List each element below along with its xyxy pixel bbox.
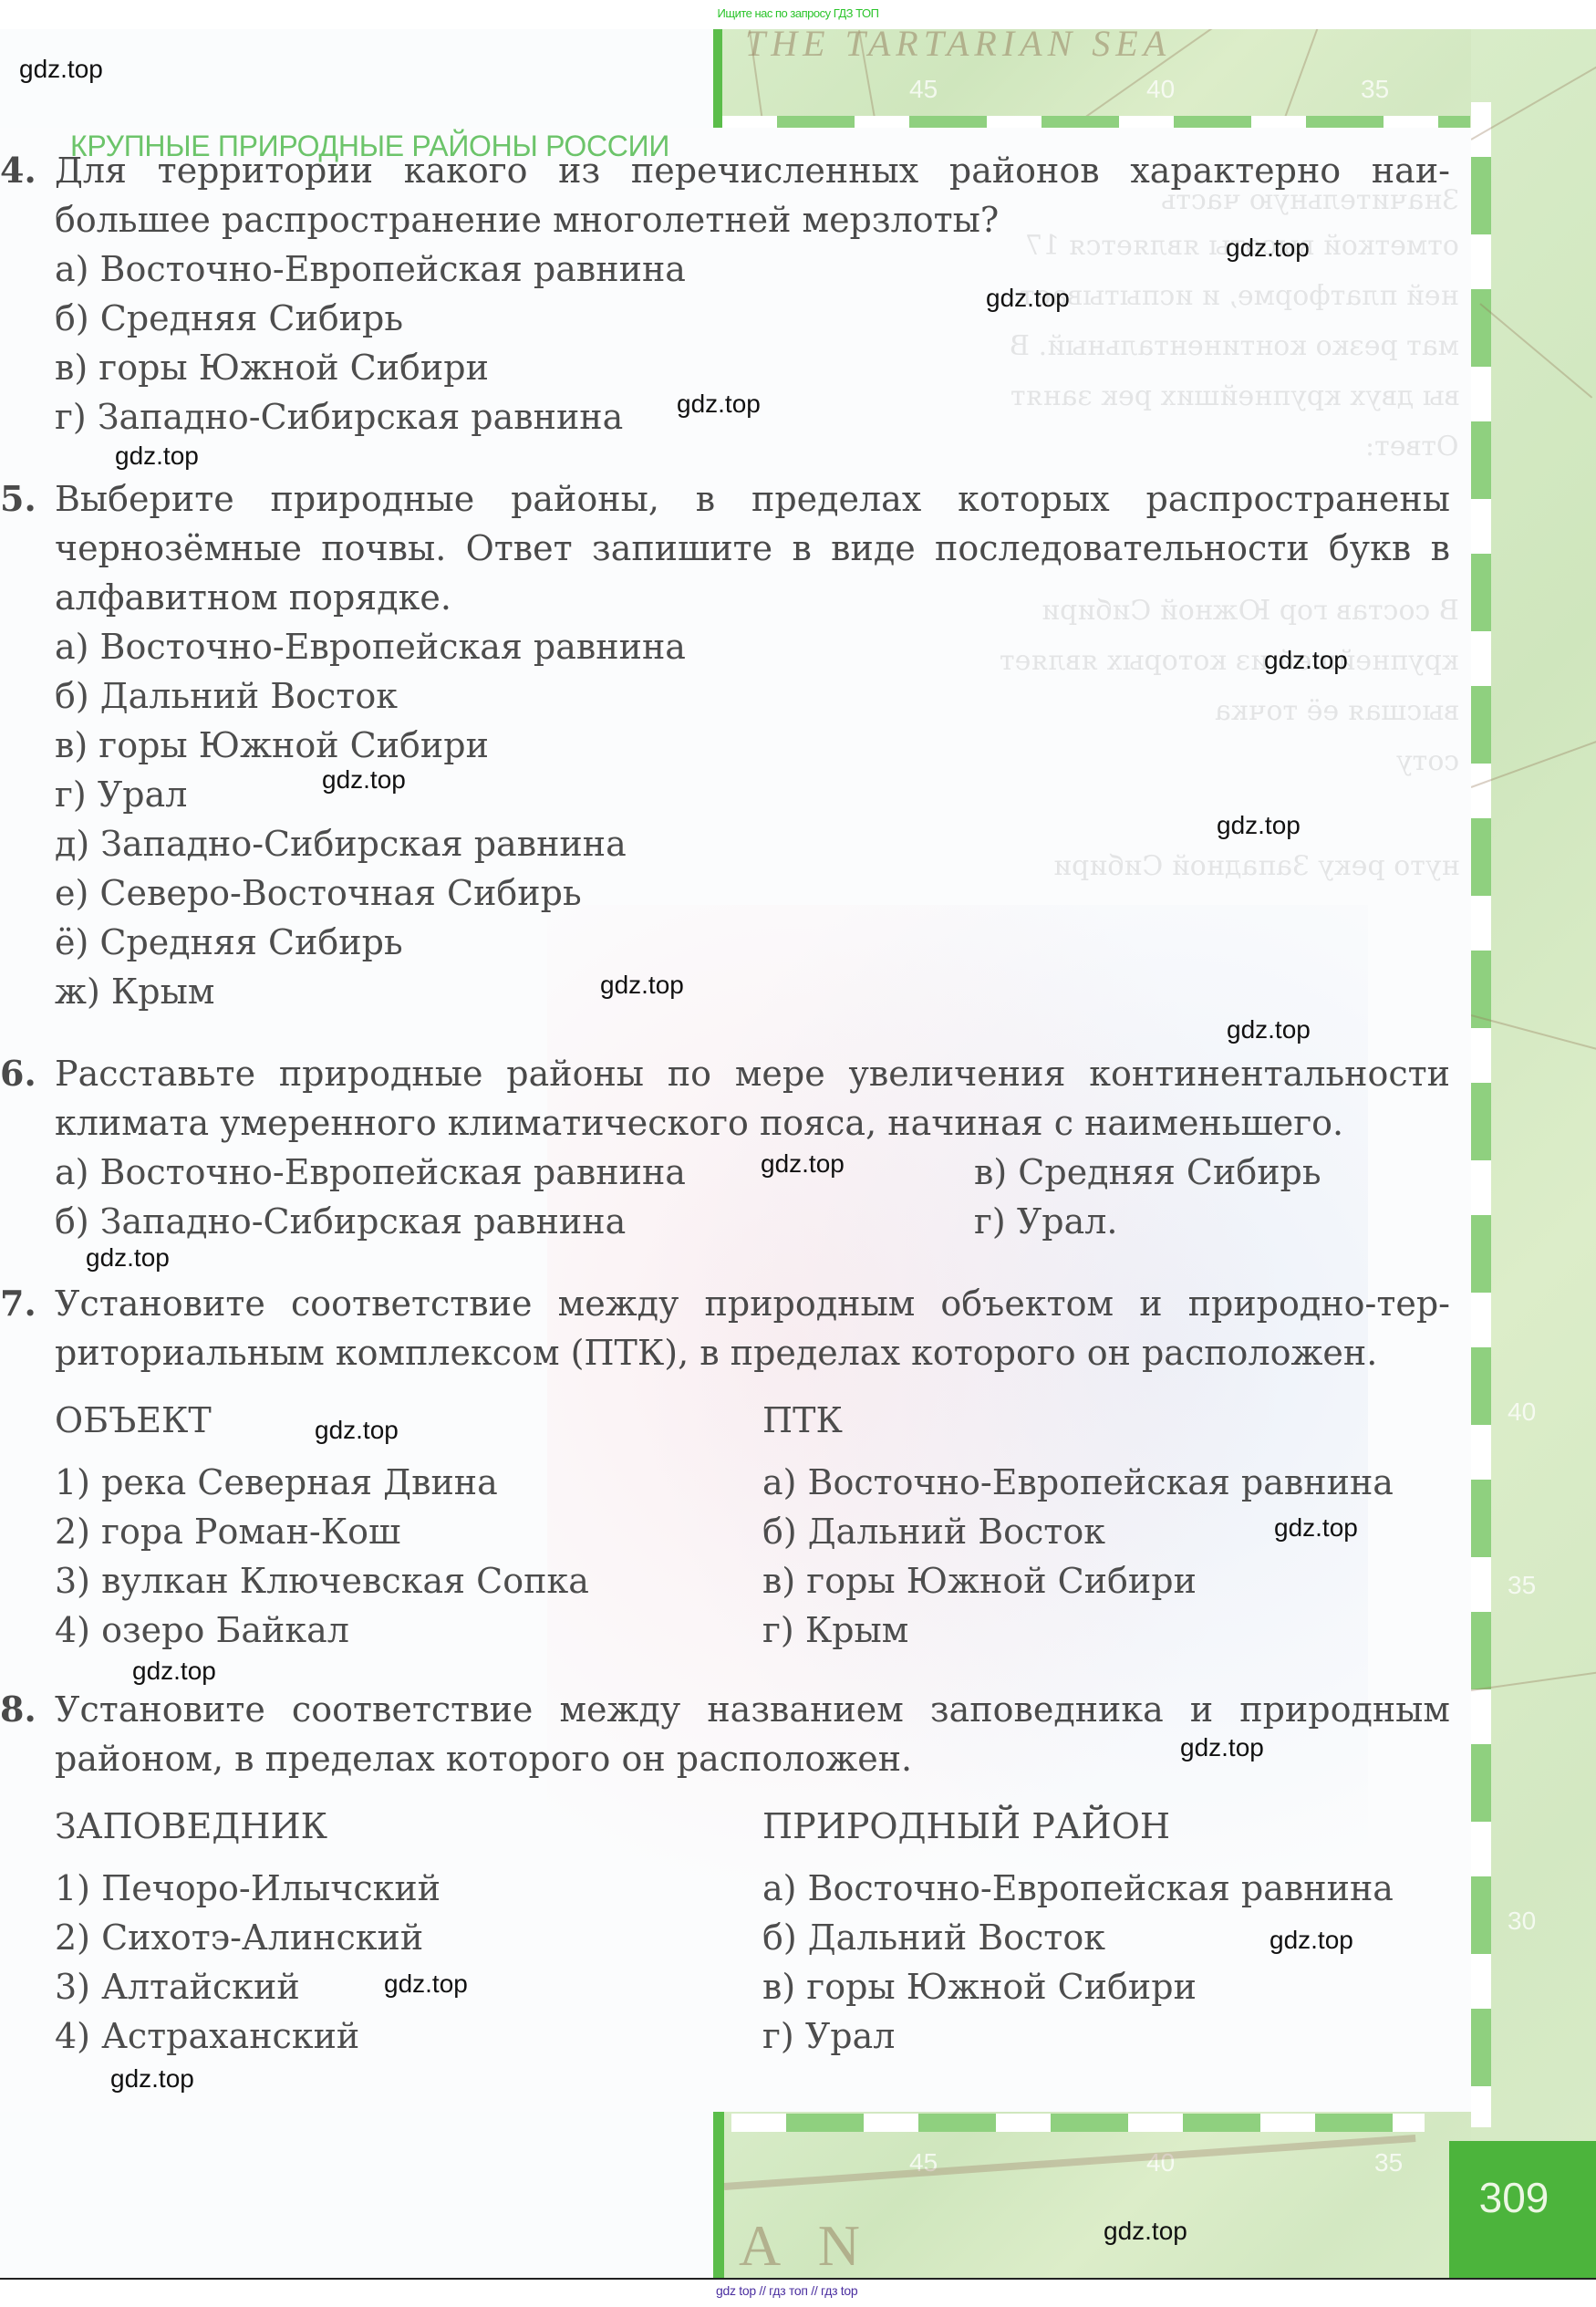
match-item-left: 3) Алтайский [55, 1962, 300, 2011]
column-header-reserve: ЗАПОВЕДНИК [55, 1802, 327, 1851]
map-strip-right: 40 35 30 [1471, 29, 1596, 2278]
watermark: gdz.top [384, 1969, 468, 1999]
question-text: районом, в пределах которого он располож… [55, 1734, 912, 1783]
watermark: gdz.top [86, 1243, 170, 1273]
question-text: большее распространение многолетней мерз… [55, 195, 999, 244]
match-item-left: 2) Сихотэ-Алинский [55, 1913, 423, 1962]
match-item-left: 1) река Северная Двина [55, 1458, 498, 1507]
map-ruler [1471, 102, 1491, 2127]
watermark: gdz.top [761, 1149, 845, 1179]
match-item-right: г) Крым [762, 1606, 908, 1655]
question-number: 6. [0, 1053, 36, 1094]
question-text: климата умеренного климатического пояса,… [55, 1098, 1343, 1148]
answer-option: в) горы Южной Сибири [55, 721, 489, 770]
green-border [713, 2112, 724, 2278]
map-number: 35 [1361, 75, 1389, 104]
watermark: gdz.top [1227, 1015, 1311, 1044]
match-item-right: б) Дальний Восток [762, 1507, 1105, 1556]
answer-option: а) Восточно-Европейская равнина [55, 1148, 686, 1197]
watermark: gdz.top [110, 2064, 194, 2094]
answer-option: а) Восточно-Европейская равнина [55, 622, 686, 671]
match-item-left: 2) гора Роман-Кош [55, 1507, 400, 1556]
map-number: 40 [1508, 1398, 1536, 1427]
map-number: 35 [1508, 1571, 1536, 1600]
match-item-right: в) горы Южной Сибири [762, 1556, 1197, 1606]
map-strip-top: THE TARTARIAN SEA 45 40 35 [713, 29, 1596, 134]
answer-option: б) Дальний Восток [55, 671, 398, 721]
column-header-region: ПРИРОДНЫЙ РАЙОН [762, 1802, 1170, 1851]
match-item-left: 1) Печоро-Илычский [55, 1864, 440, 1913]
watermark: gdz.top [1104, 2217, 1187, 2246]
match-item-right: а) Восточно-Европейская равнина [762, 1458, 1394, 1507]
answer-option: г) Урал [55, 770, 187, 819]
watermark: gdz.top [19, 55, 103, 84]
map-ruler [731, 2114, 1425, 2132]
question-text: Для территории какого из перечисленных р… [55, 146, 1450, 195]
map-number: 45 [909, 75, 938, 104]
answer-option: ё) Средняя Сибирь [55, 918, 403, 967]
map-number: 35 [1374, 2148, 1403, 2177]
top-banner-text: Ищите нас по запросу ГДЗ ТОП [718, 6, 879, 20]
top-banner: Ищите нас по запросу ГДЗ ТОП [0, 0, 1596, 29]
watermark: gdz.top [1226, 234, 1310, 263]
question-text: Установите соответствие между названием … [55, 1685, 1450, 1734]
watermark: gdz.top [1264, 646, 1348, 675]
watermark: gdz.top [1270, 1926, 1353, 1955]
map-label: THE TARTARIAN SEA [745, 29, 1171, 65]
footer-text: gdz top // гдз топ // гдз top [716, 2283, 857, 2298]
question-text: чернозёмные почвы. Ответ запишите в виде… [55, 524, 1450, 573]
map-number: 40 [1146, 75, 1175, 104]
map-label: A N [739, 2212, 873, 2278]
map-strip-bottom: 45 40 35 A N [713, 2112, 1471, 2278]
answer-option: б) Средняя Сибирь [55, 294, 403, 343]
match-item-left: 3) вулкан Ключевская Сопка [55, 1556, 589, 1606]
question-number: 8. [0, 1689, 36, 1730]
watermark: gdz.top [986, 284, 1070, 313]
watermark: gdz.top [1180, 1733, 1264, 1762]
watermark: gdz.top [600, 971, 684, 1000]
column-header-ptk: ПТК [762, 1396, 843, 1445]
green-border [713, 29, 722, 134]
answer-option: ж) Крым [55, 967, 214, 1016]
match-item-left: 4) Астраханский [55, 2011, 359, 2061]
map-number: 30 [1508, 1907, 1536, 1936]
answer-option: е) Северо-Восточная Сибирь [55, 868, 582, 918]
watermark: gdz.top [1217, 811, 1301, 840]
question-number: 4. [0, 150, 36, 191]
watermark: gdz.top [322, 765, 406, 795]
answer-option: а) Восточно-Европейская равнина [55, 244, 686, 294]
watermark: gdz.top [677, 390, 761, 419]
match-item-right: а) Восточно-Европейская равнина [762, 1864, 1394, 1913]
page-number: 309 [1468, 2173, 1560, 2222]
match-item-left: 4) озеро Байкал [55, 1606, 349, 1655]
match-item-right: в) горы Южной Сибири [762, 1962, 1197, 2011]
answer-option: г) Западно-Сибирская равнина [55, 392, 623, 442]
answer-option: д) Западно-Сибирская равнина [55, 819, 627, 868]
match-item-right: г) Урал [762, 2011, 895, 2061]
question-text: риториальным комплексом (ПТК), в предела… [55, 1328, 1377, 1377]
column-header-object: ОБЪЕКТ [55, 1396, 212, 1445]
question-text: Расставьте природные районы по мере увел… [55, 1049, 1450, 1098]
watermark: gdz.top [315, 1416, 399, 1445]
question-number: 5. [0, 478, 36, 519]
question-text: Установите соответствие между природным … [55, 1279, 1450, 1328]
question-text: Выберите природные районы, в пределах ко… [55, 474, 1450, 524]
watermark: gdz.top [115, 442, 199, 471]
question-text: алфавитном порядке. [55, 573, 451, 622]
answer-option: г) Урал. [974, 1197, 1117, 1246]
answer-option: в) Средняя Сибирь [974, 1148, 1321, 1197]
answer-option: в) горы Южной Сибири [55, 343, 489, 392]
watermark: gdz.top [1274, 1513, 1358, 1543]
answer-option: б) Западно-Сибирская равнина [55, 1197, 626, 1246]
watermark: gdz.top [132, 1657, 216, 1686]
match-item-right: б) Дальний Восток [762, 1913, 1105, 1962]
question-number: 7. [0, 1283, 36, 1324]
